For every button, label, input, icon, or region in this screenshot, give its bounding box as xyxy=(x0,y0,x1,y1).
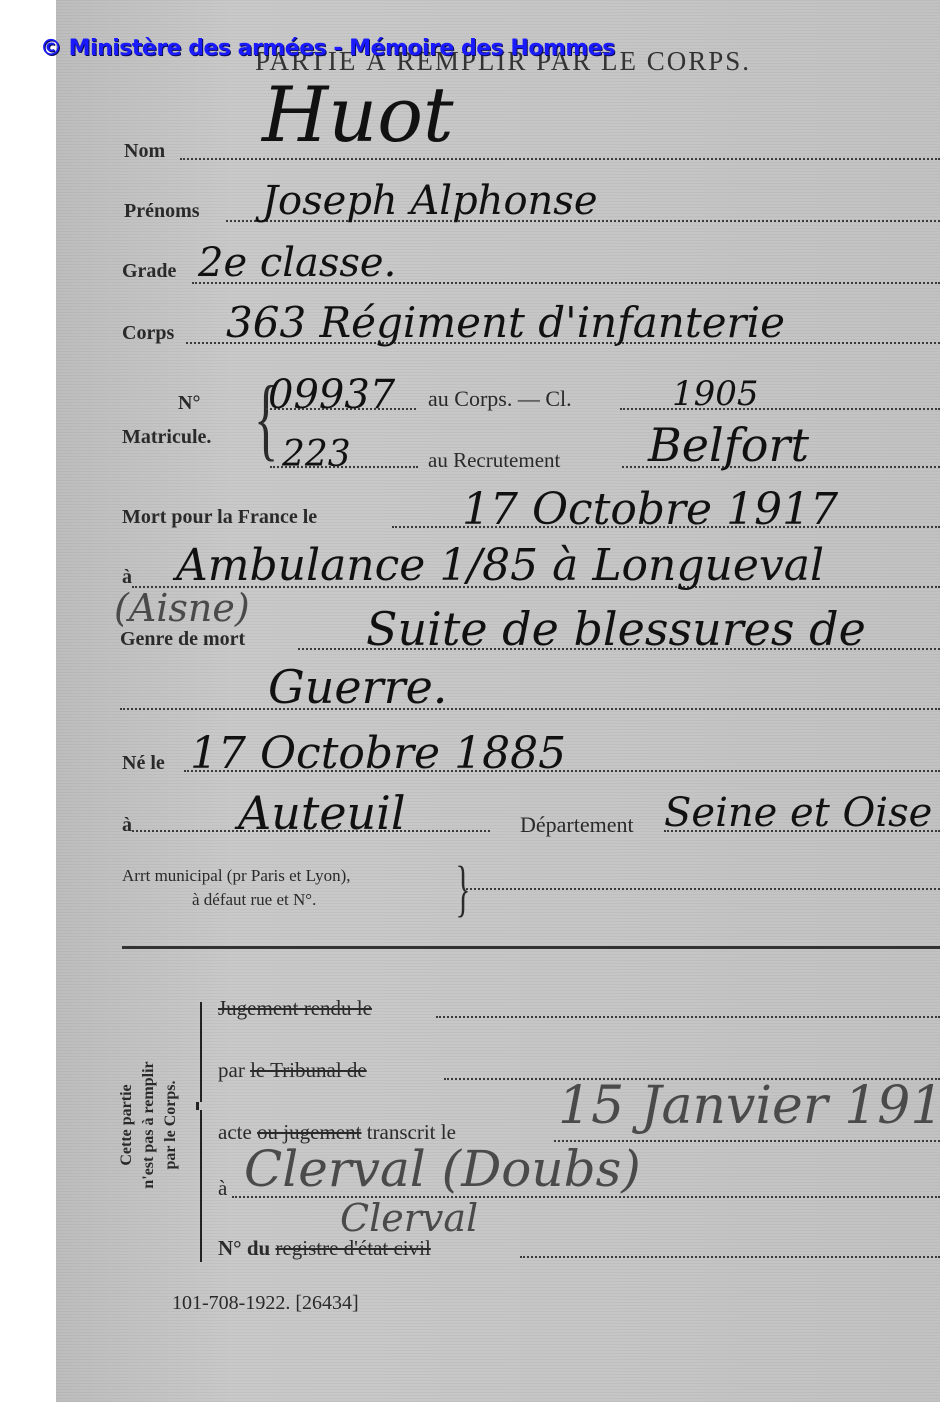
genre-mort-label: Genre de mort xyxy=(120,628,245,651)
jugement-label: Jugement rendu le xyxy=(218,996,372,1021)
lieu-label: à xyxy=(218,1176,227,1201)
section2-brace-bottom xyxy=(200,1110,202,1262)
arrondissement-line xyxy=(466,888,940,890)
registre-struck: registre d'état civil xyxy=(275,1236,430,1260)
tribunal-prefix: par xyxy=(218,1058,245,1082)
recrutement-label: au Recrutement xyxy=(428,448,560,473)
tribunal-struck: le Tribunal de xyxy=(250,1058,367,1082)
classe-line xyxy=(620,408,940,410)
genre-mort-value-line1: Suite de blessures de xyxy=(366,602,866,656)
copyright-watermark: © Ministère des armées - Mémoire des Hom… xyxy=(40,36,615,61)
side-note-line2: n'est pas à remplir xyxy=(138,1030,160,1220)
genre-mort-line2 xyxy=(120,708,940,710)
genre-mort-value-line2: Guerre. xyxy=(268,660,447,714)
lieu-naissance-value: Auteuil xyxy=(238,786,406,840)
registre-label: N° du registre d'état civil xyxy=(218,1236,431,1261)
naissance-label: Né le xyxy=(122,752,165,775)
recrutement-value: Belfort xyxy=(648,418,809,472)
jugement-line xyxy=(436,1016,940,1018)
matricule-corps-number: 09937 xyxy=(268,372,395,418)
matricule-recrutement-number: 223 xyxy=(282,434,351,475)
departement-label: Département xyxy=(520,812,634,838)
prenoms-label: Prénoms xyxy=(124,200,200,223)
lieu-naissance-label: à xyxy=(122,814,132,837)
section2-brace-point xyxy=(196,1102,199,1110)
side-note-line1: Cette partie xyxy=(116,1030,138,1220)
form-reference: 101-708-1922. [26434] xyxy=(172,1292,359,1315)
lieu-value: Clerval (Doubs) xyxy=(244,1140,641,1198)
transcrit-value: 15 Janvier 1918 xyxy=(558,1076,944,1136)
lieu-correction: Clerval xyxy=(340,1196,478,1240)
side-note: Cette partie n'est pas à remplir par le … xyxy=(116,1030,196,1220)
matricule-no-label: N° xyxy=(178,392,200,415)
mort-value: 17 Octobre 1917 xyxy=(462,484,838,535)
arrondissement-label-line1: Arrt municipal (pr Paris et Lyon), xyxy=(122,866,351,886)
grade-value: 2e classe. xyxy=(198,240,396,286)
lieu-mort-note: (Aisne) xyxy=(114,586,250,630)
jugement-label-text: Jugement rendu le xyxy=(218,996,372,1020)
mort-label: Mort pour la France le xyxy=(122,506,317,529)
side-note-line3: par le Corps. xyxy=(160,1030,182,1220)
matricule-label: Matricule. xyxy=(122,426,211,449)
naissance-value: 17 Octobre 1885 xyxy=(190,728,566,779)
tribunal-label: par le Tribunal de xyxy=(218,1058,367,1083)
corps-value: 363 Régiment d'infanterie xyxy=(226,298,785,347)
departement-value: Seine et Oise xyxy=(664,790,932,836)
nom-value: Huot xyxy=(262,70,454,159)
corps-label: Corps xyxy=(122,322,174,345)
prenoms-value: Joseph Alphonse xyxy=(262,178,598,224)
classe-value: 1905 xyxy=(672,374,759,414)
registre-line xyxy=(520,1256,940,1258)
matricule-corps-label: au Corps. — Cl. xyxy=(428,386,572,412)
registre-prefix: N° du xyxy=(218,1236,270,1260)
arrondissement-label-line2: à défaut rue et N°. xyxy=(192,890,316,910)
grade-label: Grade xyxy=(122,260,176,283)
section2-brace-top xyxy=(200,1002,202,1102)
lieu-mort-value: Ambulance 1/85 à Longueval xyxy=(176,540,824,591)
section-separator xyxy=(122,946,940,949)
nom-label: Nom xyxy=(124,140,165,163)
